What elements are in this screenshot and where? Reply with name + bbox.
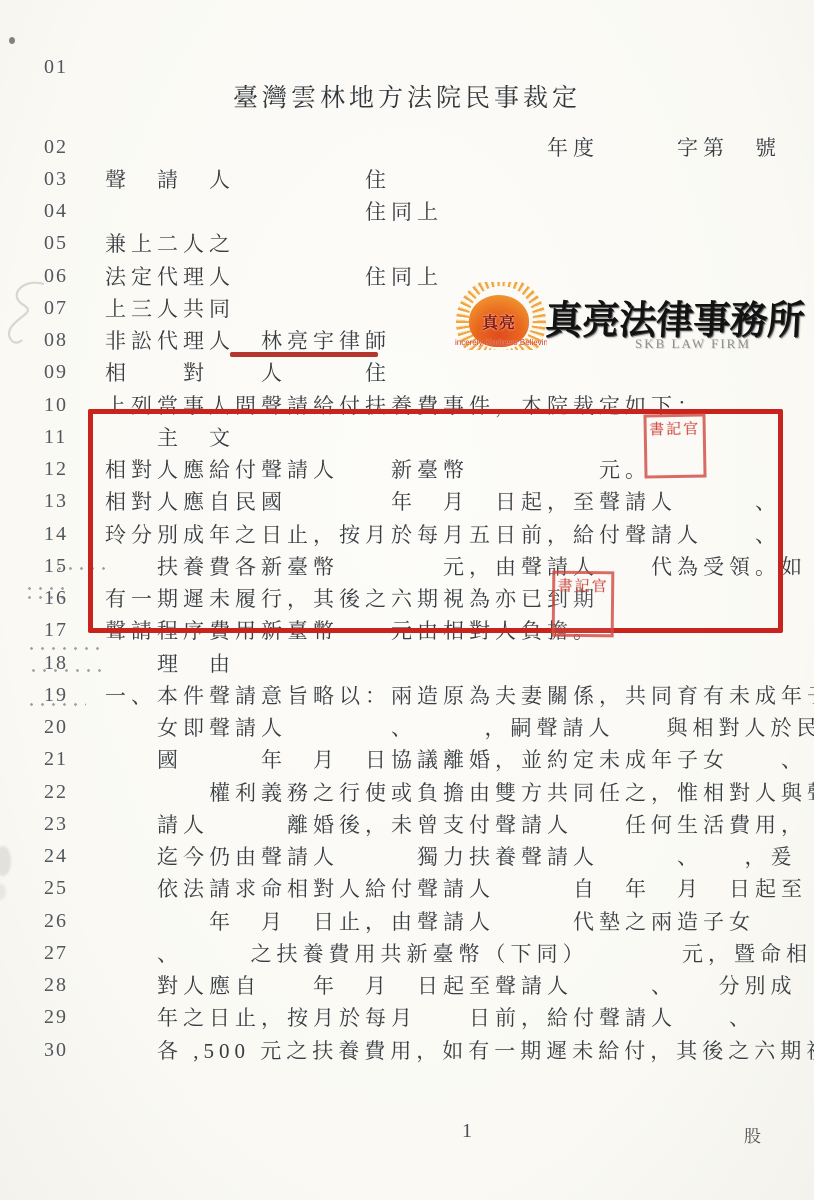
doc-line-30: 30 各 ,500 元之扶養費用，如有一期遲未給付，其後之六期視 <box>0 1039 814 1067</box>
line-text: 對人應自 年 月 日起至聲請人 、 分別成 <box>105 974 797 998</box>
line-number: 20 <box>44 716 68 738</box>
line-text: 年度 字第 號 <box>105 136 781 160</box>
line-number: 24 <box>44 845 68 867</box>
line-text: 玲分別成年之日止，按月於每月五日前，給付聲請人 、 <box>105 523 781 547</box>
doc-line-27: 27 、 之扶養費用共新臺幣（下同） 元，暨命相 <box>0 942 814 970</box>
law-firm-logo: 真亮 Sincerely Kindness Believing 真亮法律事務所 … <box>455 282 785 354</box>
scanned-court-document: 臺灣雲林地方法院民事裁定 0102 年度 字第 號03聲 請 人 住04 住同上… <box>0 0 814 1200</box>
line-text: 扶養費各新臺幣 元，由聲請人 代為受領。如 <box>105 555 807 579</box>
line-text: 年之日止，按月於每月 日前，給付聲請人 、 <box>105 1006 755 1030</box>
doc-line-24: 24 迄今仍由聲請人 獨力扶養聲請人 、 ，爰 <box>0 845 814 873</box>
doc-line-29: 29 年之日止，按月於每月 日前，給付聲請人 、 <box>0 1006 814 1034</box>
line-text: 兼上二人之 <box>105 232 235 256</box>
line-number: 29 <box>44 1006 68 1028</box>
clerk-stamp: 書記官 <box>643 413 706 478</box>
logo-caption: Sincerely Kindness Believing <box>455 338 547 347</box>
line-text: 住同上 <box>105 200 443 224</box>
line-number: 17 <box>44 619 68 641</box>
line-text: 國 年 月 日協議離婚，並約定未成年子女 、 <box>105 748 807 772</box>
doc-line-14: 14玲分別成年之日止，按月於每月五日前，給付聲請人 、 <box>0 523 814 551</box>
line-number: 16 <box>44 587 68 609</box>
line-text: 一、本件聲請意旨略以：兩造原為夫妻關係，共同育有未成年子 <box>105 684 814 708</box>
line-text: 上列當事人間聲請給付扶養費事件，本院裁定如下： <box>105 394 703 418</box>
line-text: 法定代理人 住同上 <box>105 265 443 289</box>
doc-line-16: 16有一期遲未履行，其後之六期視為亦已到期 <box>0 587 814 615</box>
clerk-stamp-text: 書記官 <box>558 574 609 597</box>
line-text: 相對人應給付聲請人 新臺幣 元。 <box>105 458 651 482</box>
sunrise-icon: 真亮 Sincerely Kindness Believing <box>455 282 547 350</box>
doc-line-18: 18 理 由 <box>0 652 814 680</box>
doc-line-02: 02 年度 字第 號 <box>0 136 814 164</box>
doc-line-04: 04 住同上 <box>0 200 814 228</box>
line-text: 各 ,500 元之扶養費用，如有一期遲未給付，其後之六期視 <box>105 1039 814 1063</box>
doc-line-01: 01 <box>0 56 814 84</box>
line-number: 22 <box>44 781 68 803</box>
line-text: 理 由 <box>105 652 235 676</box>
doc-line-20: 20 女即聲請人 、 ，嗣聲請人 與相對人於民 <box>0 716 814 744</box>
clerk-unit-label: 股 <box>744 1122 762 1147</box>
doc-line-09: 09相 對 人 住 <box>0 361 814 389</box>
page-number: 1 <box>462 1120 472 1143</box>
line-number: 15 <box>44 555 68 577</box>
line-text: 相對人應自民國 年 月 日起，至聲請人 、 <box>105 490 781 514</box>
line-number: 12 <box>44 458 68 480</box>
scan-artifact-speck <box>9 37 15 44</box>
doc-line-25: 25 依法請求命相對人給付聲請人 自 年 月 日起至 <box>0 877 814 905</box>
line-number: 01 <box>44 56 68 78</box>
line-text: 年 月 日止，由聲請人 代墊之兩造子女 <box>105 910 755 934</box>
line-text: 女即聲請人 、 ，嗣聲請人 與相對人於民 <box>105 716 814 740</box>
line-number: 28 <box>44 974 68 996</box>
line-number: 10 <box>44 394 68 416</box>
line-text: 有一期遲未履行，其後之六期視為亦已到期 <box>105 587 599 611</box>
line-text: 聲 請 人 住 <box>105 168 391 192</box>
doc-line-17: 17聲請程序費用新臺幣 元由相對人負擔。 <box>0 619 814 647</box>
line-number: 09 <box>44 361 68 383</box>
firm-name-en: SKB LAW FIRM <box>635 336 751 352</box>
doc-line-23: 23 請人 離婚後，未曾支付聲請人 任何生活費用， <box>0 813 814 841</box>
line-text: 主 文 <box>105 426 235 450</box>
doc-line-19: 19一、本件聲請意旨略以：兩造原為夫妻關係，共同育有未成年子 <box>0 684 814 712</box>
line-number: 27 <box>44 942 68 964</box>
line-number: 02 <box>44 136 68 158</box>
line-number: 05 <box>44 232 68 254</box>
line-number: 19 <box>44 684 68 706</box>
doc-line-03: 03聲 請 人 住 <box>0 168 814 196</box>
doc-line-22: 22 權利義務之行使或負擔由雙方共同任之，惟相對人與聲 <box>0 781 814 809</box>
line-number: 26 <box>44 910 68 932</box>
doc-line-15: 15 扶養費各新臺幣 元，由聲請人 代為受領。如 <box>0 555 814 583</box>
line-number: 14 <box>44 523 68 545</box>
line-text: 相 對 人 住 <box>105 361 391 385</box>
line-text: 請人 離婚後，未曾支付聲請人 任何生活費用， <box>105 813 807 837</box>
doc-line-13: 13相對人應自民國 年 月 日起，至聲請人 、 <box>0 490 814 518</box>
clerk-stamp-text: 書記官 <box>649 417 700 440</box>
line-text: 非訟代理人 林亮宇律師 <box>105 329 391 353</box>
line-number: 21 <box>44 748 68 770</box>
line-number: 06 <box>44 265 68 287</box>
line-number: 11 <box>44 426 67 448</box>
line-text: 依法請求命相對人給付聲請人 自 年 月 日起至 <box>105 877 807 901</box>
line-number: 30 <box>44 1039 68 1061</box>
attorney-name-underline <box>230 352 378 357</box>
line-text: 聲請程序費用新臺幣 元由相對人負擔。 <box>105 619 599 643</box>
doc-line-21: 21 國 年 月 日協議離婚，並約定未成年子女 、 <box>0 748 814 776</box>
logo-sun-text: 真亮 <box>482 310 516 333</box>
doc-line-28: 28 對人應自 年 月 日起至聲請人 、 分別成 <box>0 974 814 1002</box>
line-number: 04 <box>44 200 68 222</box>
line-text: 、 之扶養費用共新臺幣（下同） 元，暨命相 <box>105 942 812 966</box>
doc-line-05: 05兼上二人之 <box>0 232 814 260</box>
line-number: 07 <box>44 297 68 319</box>
line-text: 上三人共同 <box>105 297 235 321</box>
doc-line-26: 26 年 月 日止，由聲請人 代墊之兩造子女 <box>0 910 814 938</box>
clerk-stamp: 書記官 <box>552 571 615 638</box>
line-text: 迄今仍由聲請人 獨力扶養聲請人 、 ，爰 <box>105 845 797 869</box>
line-number: 03 <box>44 168 68 190</box>
line-number: 13 <box>44 490 68 512</box>
line-number: 23 <box>44 813 68 835</box>
line-number: 08 <box>44 329 68 351</box>
line-number: 18 <box>44 652 68 674</box>
line-number: 25 <box>44 877 68 899</box>
line-text: 權利義務之行使或負擔由雙方共同任之，惟相對人與聲 <box>105 781 814 805</box>
